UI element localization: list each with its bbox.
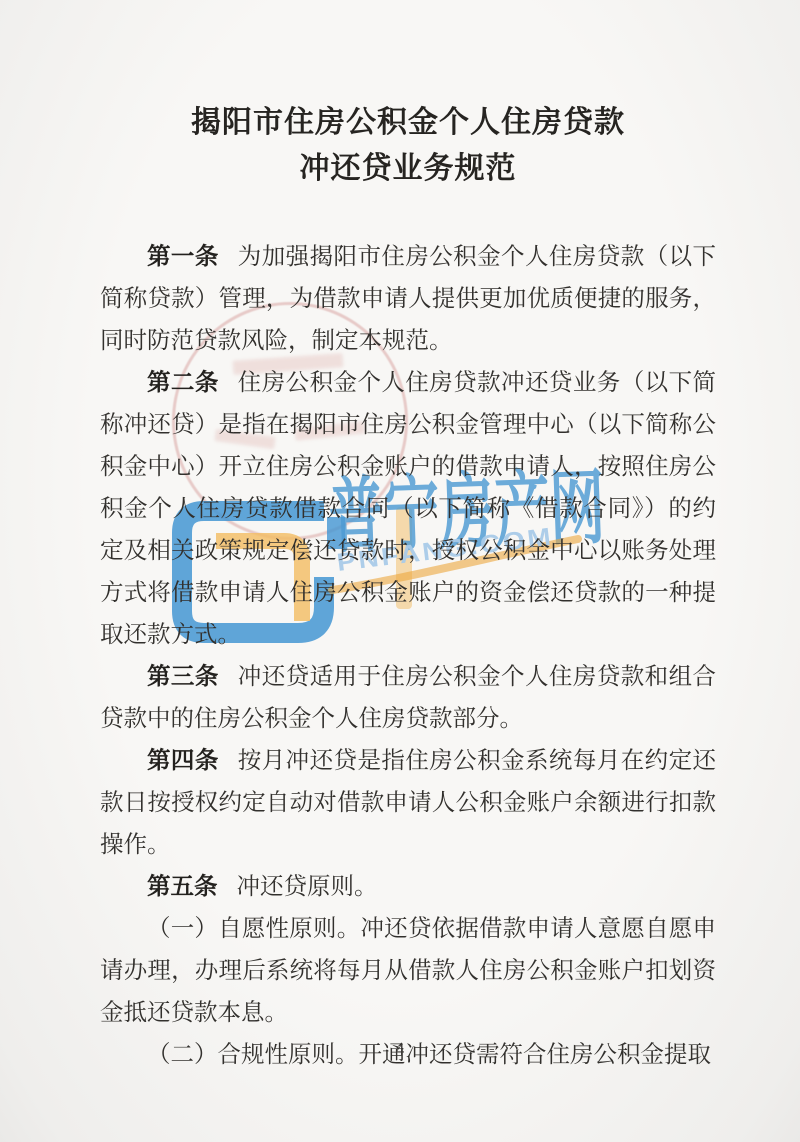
article-5: 第五条冲还贷原则。 xyxy=(100,866,716,908)
document-title-line2: 冲还贷业务规范 xyxy=(300,152,517,185)
article-1-label: 第一条 xyxy=(147,244,219,270)
article-3-label: 第三条 xyxy=(147,664,219,690)
document-title-line1: 揭阳市住房公积金个人住房贷款 xyxy=(191,106,625,139)
article-1: 第一条为加强揭阳市住房公积金个人住房贷款（以下简称贷款）管理，为借款申请人提供更… xyxy=(100,236,716,362)
clause-1: （一）自愿性原则。冲还贷依据借款申请人意愿自愿申请办理，办理后系统将每月从借款人… xyxy=(100,908,716,1034)
article-5-text: 冲还贷原则。 xyxy=(237,874,378,900)
document-content: 揭阳市住房公积金个人住房贷款 冲还贷业务规范 第一条为加强揭阳市住房公积金个人住… xyxy=(100,100,716,1076)
article-2: 第二条住房公积金个人住房贷款冲还贷业务（以下简称冲还贷）是指在揭阳市住房公积金管… xyxy=(100,362,716,656)
article-3: 第三条冲还贷适用于住房公积金个人住房贷款和组合贷款中的住房公积金个人住房贷款部分… xyxy=(100,656,716,740)
clause-1-label: （一） xyxy=(147,916,218,942)
article-4: 第四条按月冲还贷是指住房公积金系统每月在约定还款日按授权约定自动对借款申请人公积… xyxy=(100,740,716,866)
page-number: 4 xyxy=(0,1040,800,1060)
article-5-label: 第五条 xyxy=(147,874,218,900)
article-2-label: 第二条 xyxy=(147,370,219,396)
article-4-label: 第四条 xyxy=(147,748,219,774)
article-2-text: 住房公积金个人住房贷款冲还贷业务（以下简称冲还贷）是指在揭阳市住房公积金管理中心… xyxy=(100,370,716,648)
document-title: 揭阳市住房公积金个人住房贷款 冲还贷业务规范 xyxy=(100,100,716,192)
document-body: 第一条为加强揭阳市住房公积金个人住房贷款（以下简称贷款）管理，为借款申请人提供更… xyxy=(100,236,716,1076)
scanned-document-page: 普宁房产网 PNFANG.COM 揭阳市住房公积金个人住房贷款 冲还贷业务规范 … xyxy=(0,0,800,1142)
